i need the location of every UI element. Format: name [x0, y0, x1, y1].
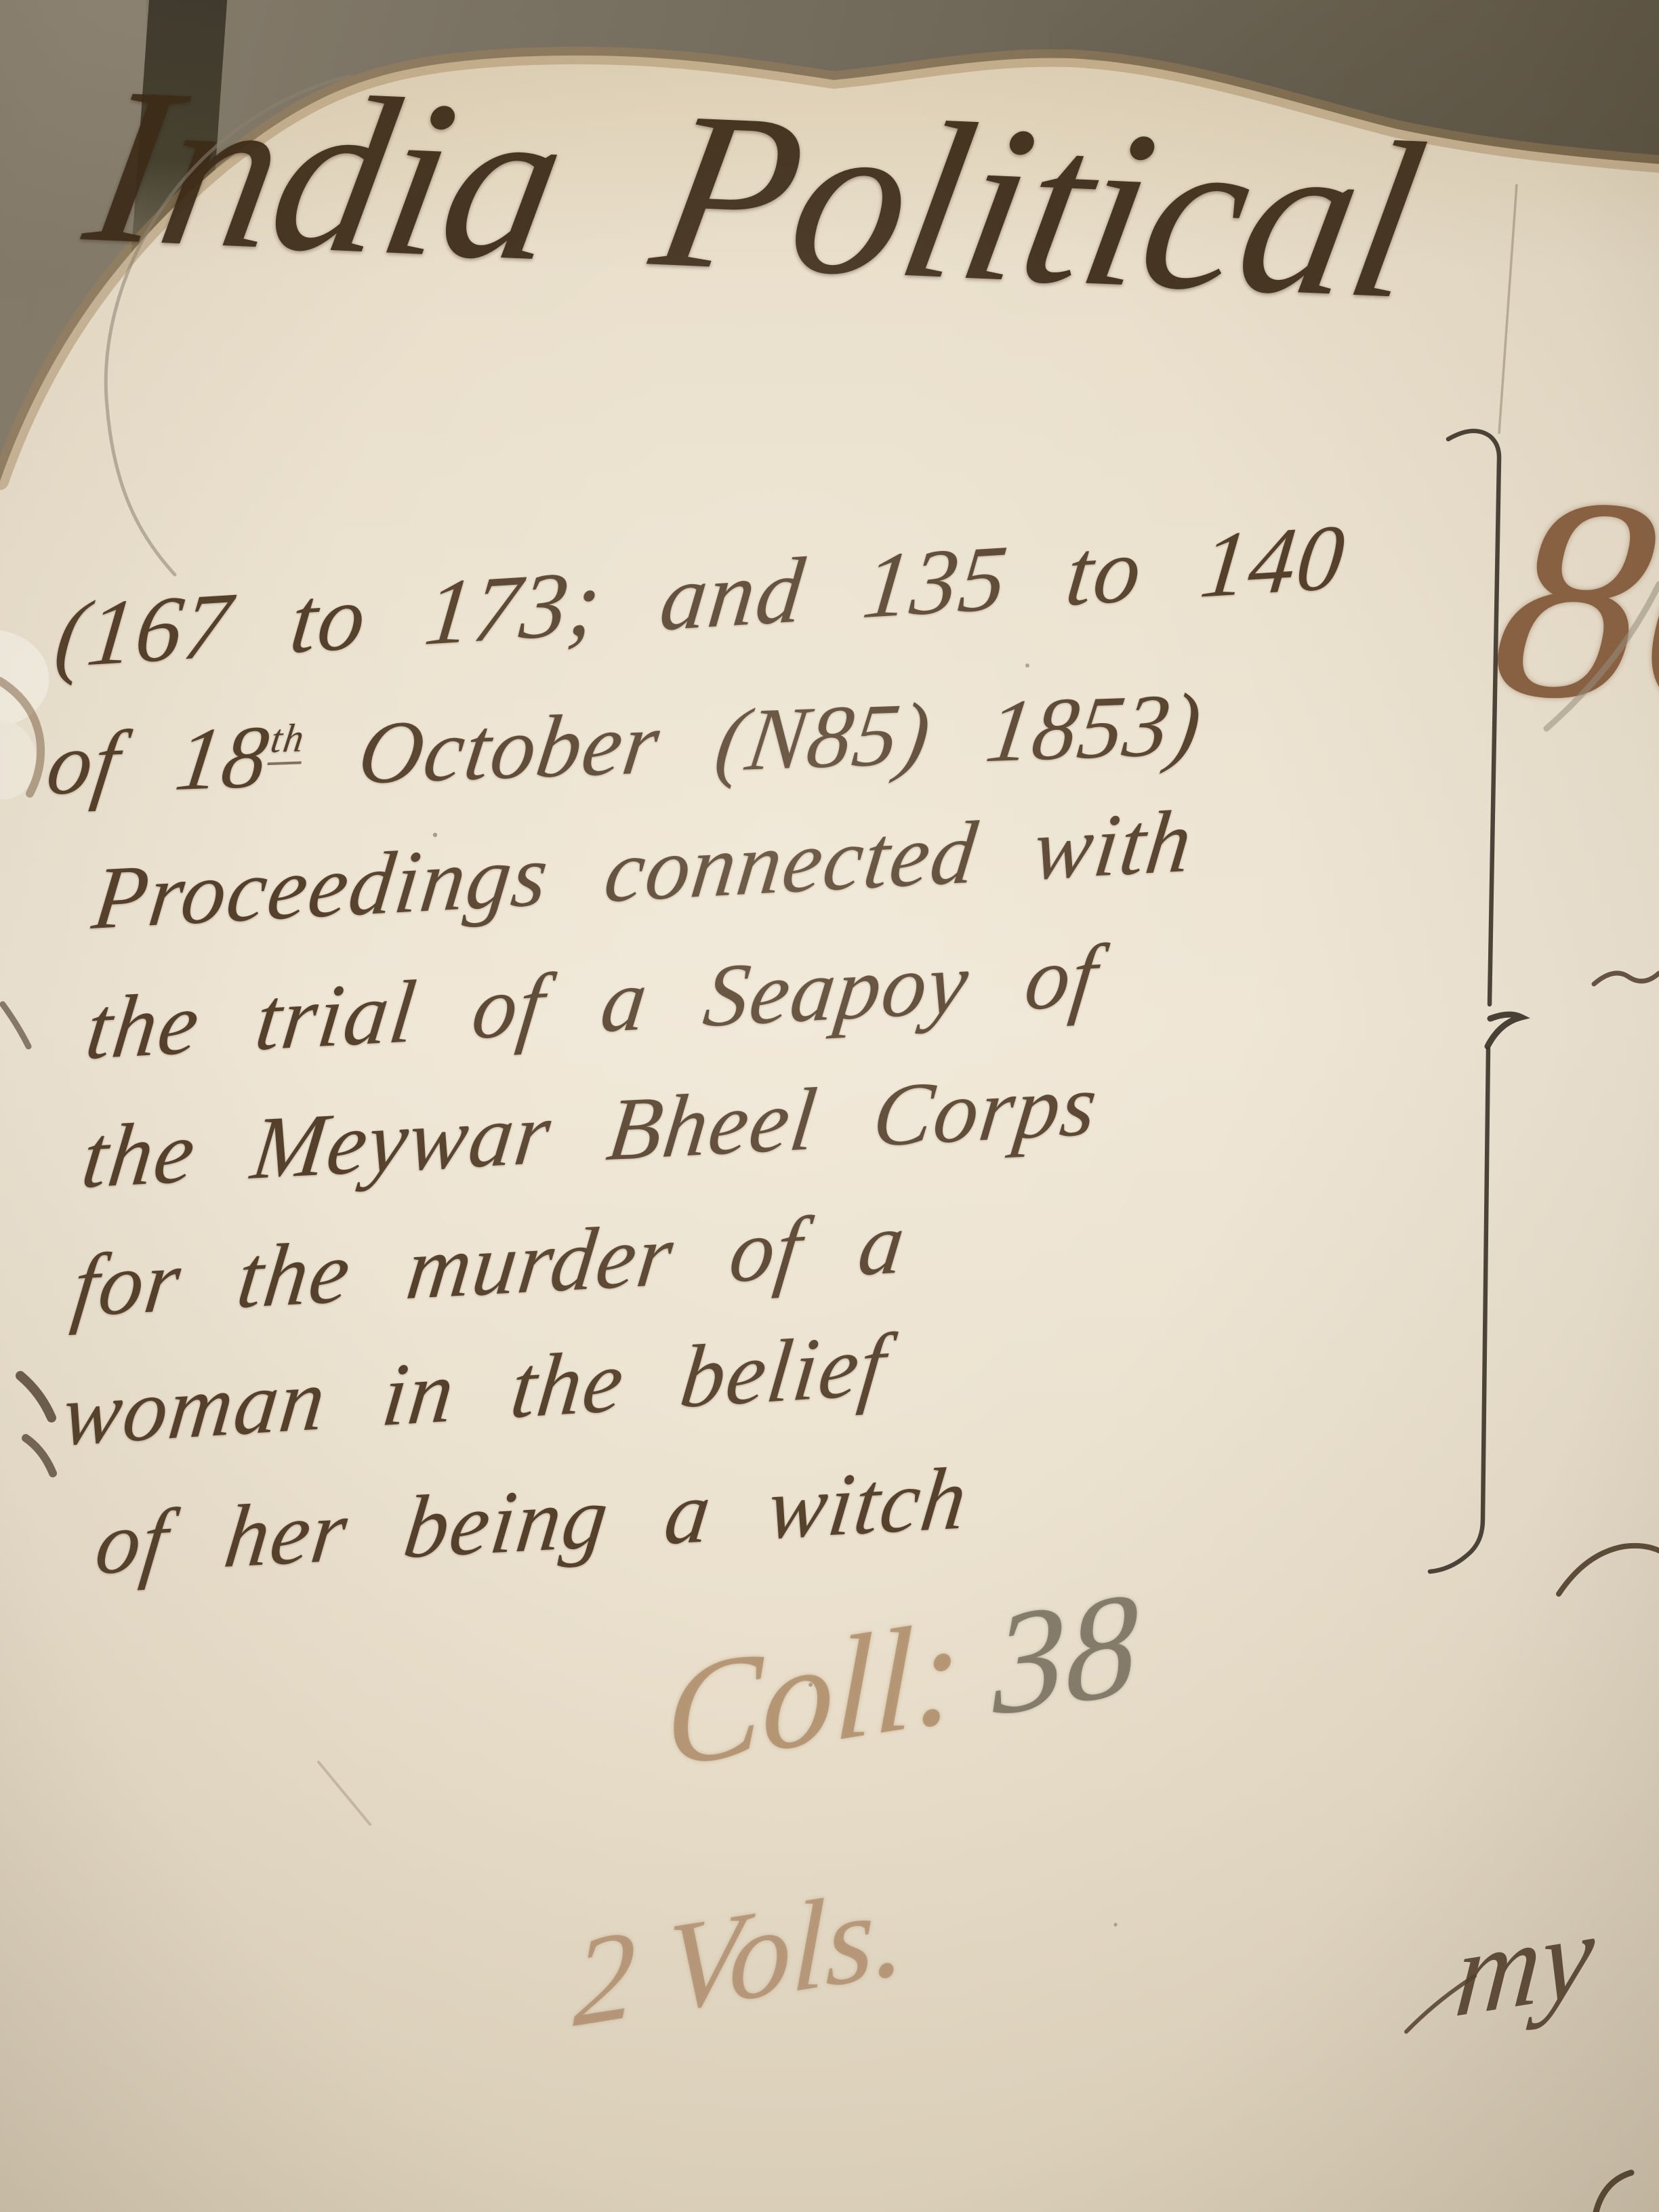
- edge-ink-smudges: [3, 1004, 53, 1473]
- paper-specks: [433, 663, 1118, 1927]
- initials-tail: [1406, 1976, 1475, 2032]
- edge-stroke-corner: [1596, 2173, 1631, 2212]
- pencil-scratch: [319, 1762, 370, 1824]
- column-rule: [1499, 184, 1517, 434]
- tear-mark: [0, 630, 49, 800]
- entry-brace: [1430, 431, 1521, 1572]
- ink-decorations: [0, 0, 1659, 2212]
- pencil-swoosh: [1547, 584, 1659, 729]
- pencil-arc: [106, 76, 349, 575]
- edge-stroke-lower: [1559, 1546, 1659, 1594]
- edge-stroke-upper: [1594, 973, 1659, 984]
- manuscript-photo: India Political (167 to 173; and 135 to …: [0, 0, 1659, 2212]
